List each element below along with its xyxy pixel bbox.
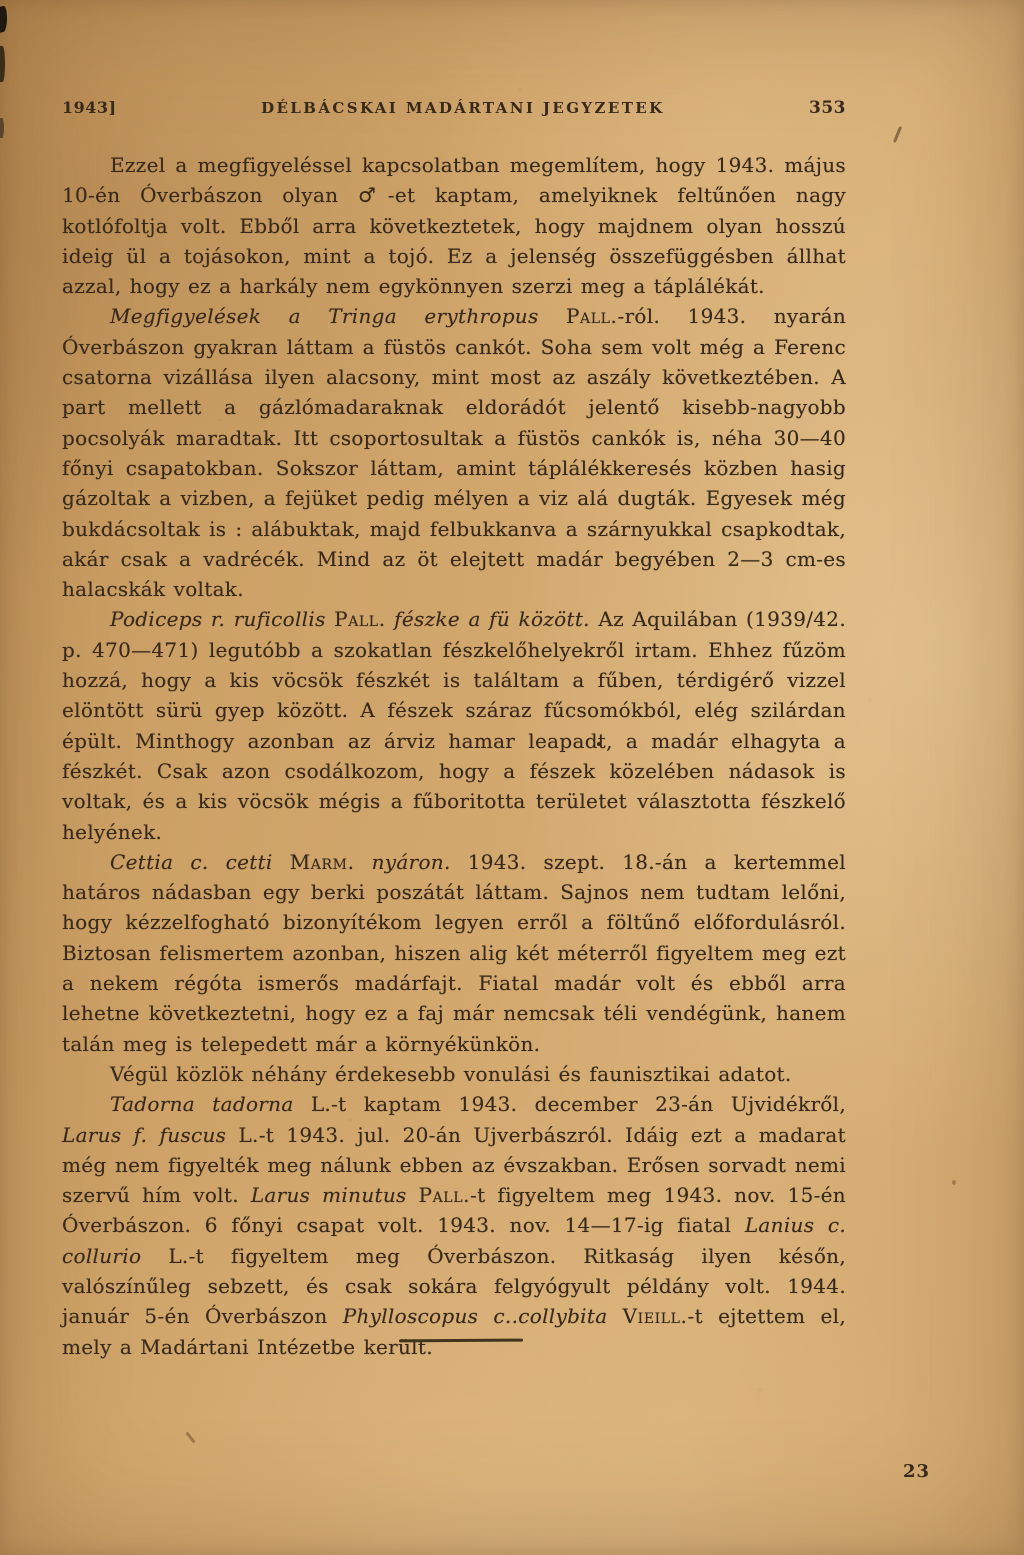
species-name-italic: Cettia c. cetti bbox=[110, 850, 290, 874]
body-text-segment bbox=[607, 1304, 622, 1328]
species-name-italic: nyáron. bbox=[355, 850, 451, 874]
paper-scratch-mark bbox=[893, 126, 902, 143]
author-abbreviation: Marm. bbox=[290, 850, 355, 874]
species-name-italic: Podiceps r. ruficollis bbox=[110, 607, 334, 631]
body-text-segment: Végül közlök néhány érdekesebb vonulási … bbox=[110, 1062, 792, 1086]
scan-edge-artifact bbox=[0, 46, 5, 82]
paragraph: Podiceps r. ruficollis Pall. fészke a fü… bbox=[62, 604, 846, 846]
header-page-number: 353 bbox=[809, 98, 846, 118]
paragraph: Ezzel a megfigyeléssel kapcsolatban mege… bbox=[62, 150, 846, 301]
running-head: 1943] DÉLBÁCSKAI MADÁRTANI JEGYZETEK 353 bbox=[62, 98, 846, 118]
article-body: Ezzel a megfigyeléssel kapcsolatban mege… bbox=[62, 150, 846, 1362]
paragraph: Cettia c. cetti Marm. nyáron. 1943. szep… bbox=[62, 847, 846, 1059]
author-abbreviation: Pall. bbox=[334, 607, 386, 631]
paper-smudge bbox=[952, 1180, 956, 1185]
footer-signature-number: 23 bbox=[903, 1461, 930, 1482]
author-abbreviation: Pall. bbox=[566, 304, 618, 328]
species-name-italic: Megfigyelések a Tringa erythropus bbox=[110, 304, 566, 328]
paragraph: Tadorna tadorna L.-t kaptam 1943. decemb… bbox=[62, 1089, 846, 1362]
paper-scratch-mark bbox=[185, 1431, 195, 1443]
scanned-journal-page: 1943] DÉLBÁCSKAI MADÁRTANI JEGYZETEK 353… bbox=[0, 0, 1024, 1555]
body-text-segment: Az Aquilában (1939/42. p. 470—471) legut… bbox=[62, 607, 846, 843]
header-year: 1943] bbox=[62, 98, 117, 117]
paragraph: Végül közlök néhány érdekesebb vonulási … bbox=[62, 1059, 846, 1089]
species-name-italic: Phylloscopus c..collybita bbox=[343, 1304, 608, 1328]
species-name-italic: Larus minutus bbox=[251, 1183, 407, 1207]
author-abbreviation: Vieill. bbox=[623, 1304, 688, 1328]
scan-edge-artifact bbox=[0, 5, 7, 32]
body-text-segment: -ról. 1943. nyarán Óverbászon gyakran lá… bbox=[62, 304, 846, 601]
body-text-segment: L.-t kaptam 1943. december 23-án Ujvidék… bbox=[294, 1092, 846, 1116]
species-name-italic: Larus f. fuscus bbox=[62, 1123, 226, 1147]
paragraph: Megfigyelések a Tringa erythropus Pall.-… bbox=[62, 301, 846, 604]
body-text-segment: Ezzel a megfigyeléssel kapcsolatban mege… bbox=[62, 153, 846, 298]
body-text-segment: 1943. szept. 18.-án a kertemmel határos … bbox=[62, 850, 846, 1056]
scan-edge-artifact bbox=[0, 118, 4, 138]
species-name-italic: fészke a fü között. bbox=[386, 607, 590, 631]
author-abbreviation: Pall. bbox=[419, 1183, 471, 1207]
header-journal-title: DÉLBÁCSKAI MADÁRTANI JEGYZETEK bbox=[117, 99, 809, 117]
species-name-italic: Tadorna tadorna bbox=[110, 1092, 294, 1116]
body-text-segment bbox=[407, 1183, 419, 1207]
